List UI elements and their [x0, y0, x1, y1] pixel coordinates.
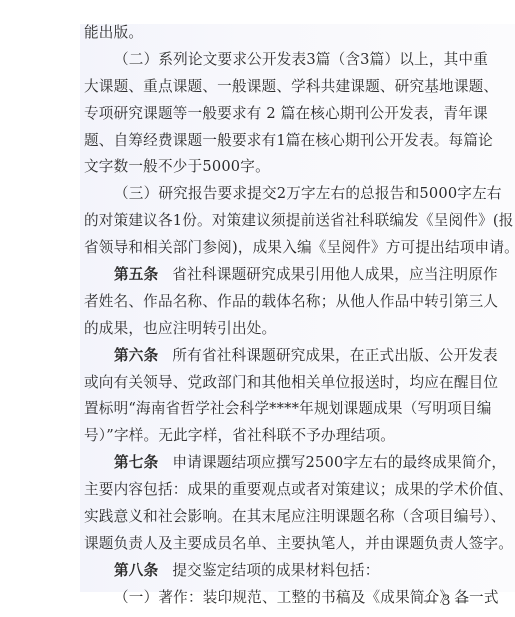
- article-6-first-line: 第六条所有省社科课题研究成果，在正式出版、公开发表: [84, 343, 464, 370]
- article-7-text: 申请课题结项应撰写2500字左右的最终成果简介，: [172, 454, 506, 471]
- article-5-heading: 第五条: [114, 266, 158, 283]
- text-line: 者姓名、作品名称、作品的载体名称；从他人作品中转引第三人: [84, 289, 464, 316]
- document-body: 能出版。 （二）系列论文要求公开发表3篇（含3篇）以上，其中重 大课题、重点课题…: [84, 20, 464, 612]
- text-line: （二）系列论文要求公开发表3篇（含3篇）以上，其中重: [84, 47, 464, 74]
- article-6-heading: 第六条: [114, 347, 158, 364]
- article-5-first-line: 第五条省社科课题研究成果引用他人成果，应当注明原作: [84, 262, 464, 289]
- text-line: 主要内容包括：成果的重要观点或者对策建议；成果的学术价值、: [84, 477, 464, 504]
- page-number: — 3 —: [423, 593, 469, 609]
- text-line: （一）著作：装印规范、工整的书稿及《成果简介》各一式: [84, 585, 464, 612]
- article-7-first-line: 第七条申请课题结项应撰写2500字左右的最终成果简介，: [84, 450, 464, 477]
- text-line: 的成果，也应注明转引出处。: [84, 316, 464, 343]
- text-line: 实践意义和社会影响。在其末尾应注明课题名称（含项目编号）、: [84, 504, 464, 531]
- article-5-text: 省社科课题研究成果引用他人成果，应当注明原作: [172, 266, 497, 283]
- text-line: 的对策建议各1份。对策建议须提前送省社科联编发《呈阅件》(报: [84, 208, 464, 235]
- article-8-text: 提交鉴定结项的成果材料包括：: [172, 562, 379, 579]
- text-line: 或向有关领导、党政部门和其他相关单位报送时，均应在醒目位: [84, 370, 464, 397]
- text-line: 题、自筹经费课题一般要求有1篇在核心期刊公开发表。每篇论: [84, 128, 464, 155]
- text-line: （三）研究报告要求提交2万字左右的总报告和5000字左右: [84, 181, 464, 208]
- text-line: 专项研究课题等一般要求有 2 篇在核心期刊公开发表，青年课: [84, 101, 464, 128]
- text-line: 置标明“海南省哲学社会科学****年规划课题成果（写明项目编: [84, 396, 464, 423]
- text-line: 能出版。: [84, 20, 464, 47]
- text-line: 省领导和相关部门参阅)，成果入编《呈阅件》方可提出结项申请。: [84, 235, 464, 262]
- article-8-heading: 第八条: [114, 562, 158, 579]
- text-line: 大课题、重点课题、一般课题、学科共建课题、研究基地课题、: [84, 74, 464, 101]
- article-7-heading: 第七条: [114, 454, 158, 471]
- text-line: 课题负责人及主要成员名单、主要执笔人，并由课题负责人签字。: [84, 531, 464, 558]
- article-8-first-line: 第八条提交鉴定结项的成果材料包括：: [84, 558, 464, 585]
- article-6-text: 所有省社科课题研究成果，在正式出版、公开发表: [172, 347, 497, 364]
- text-line: 号）”字样。无此字样，省社科联不予办理结项。: [84, 423, 464, 450]
- text-line: 文字数一般不少于5000字。: [84, 154, 464, 181]
